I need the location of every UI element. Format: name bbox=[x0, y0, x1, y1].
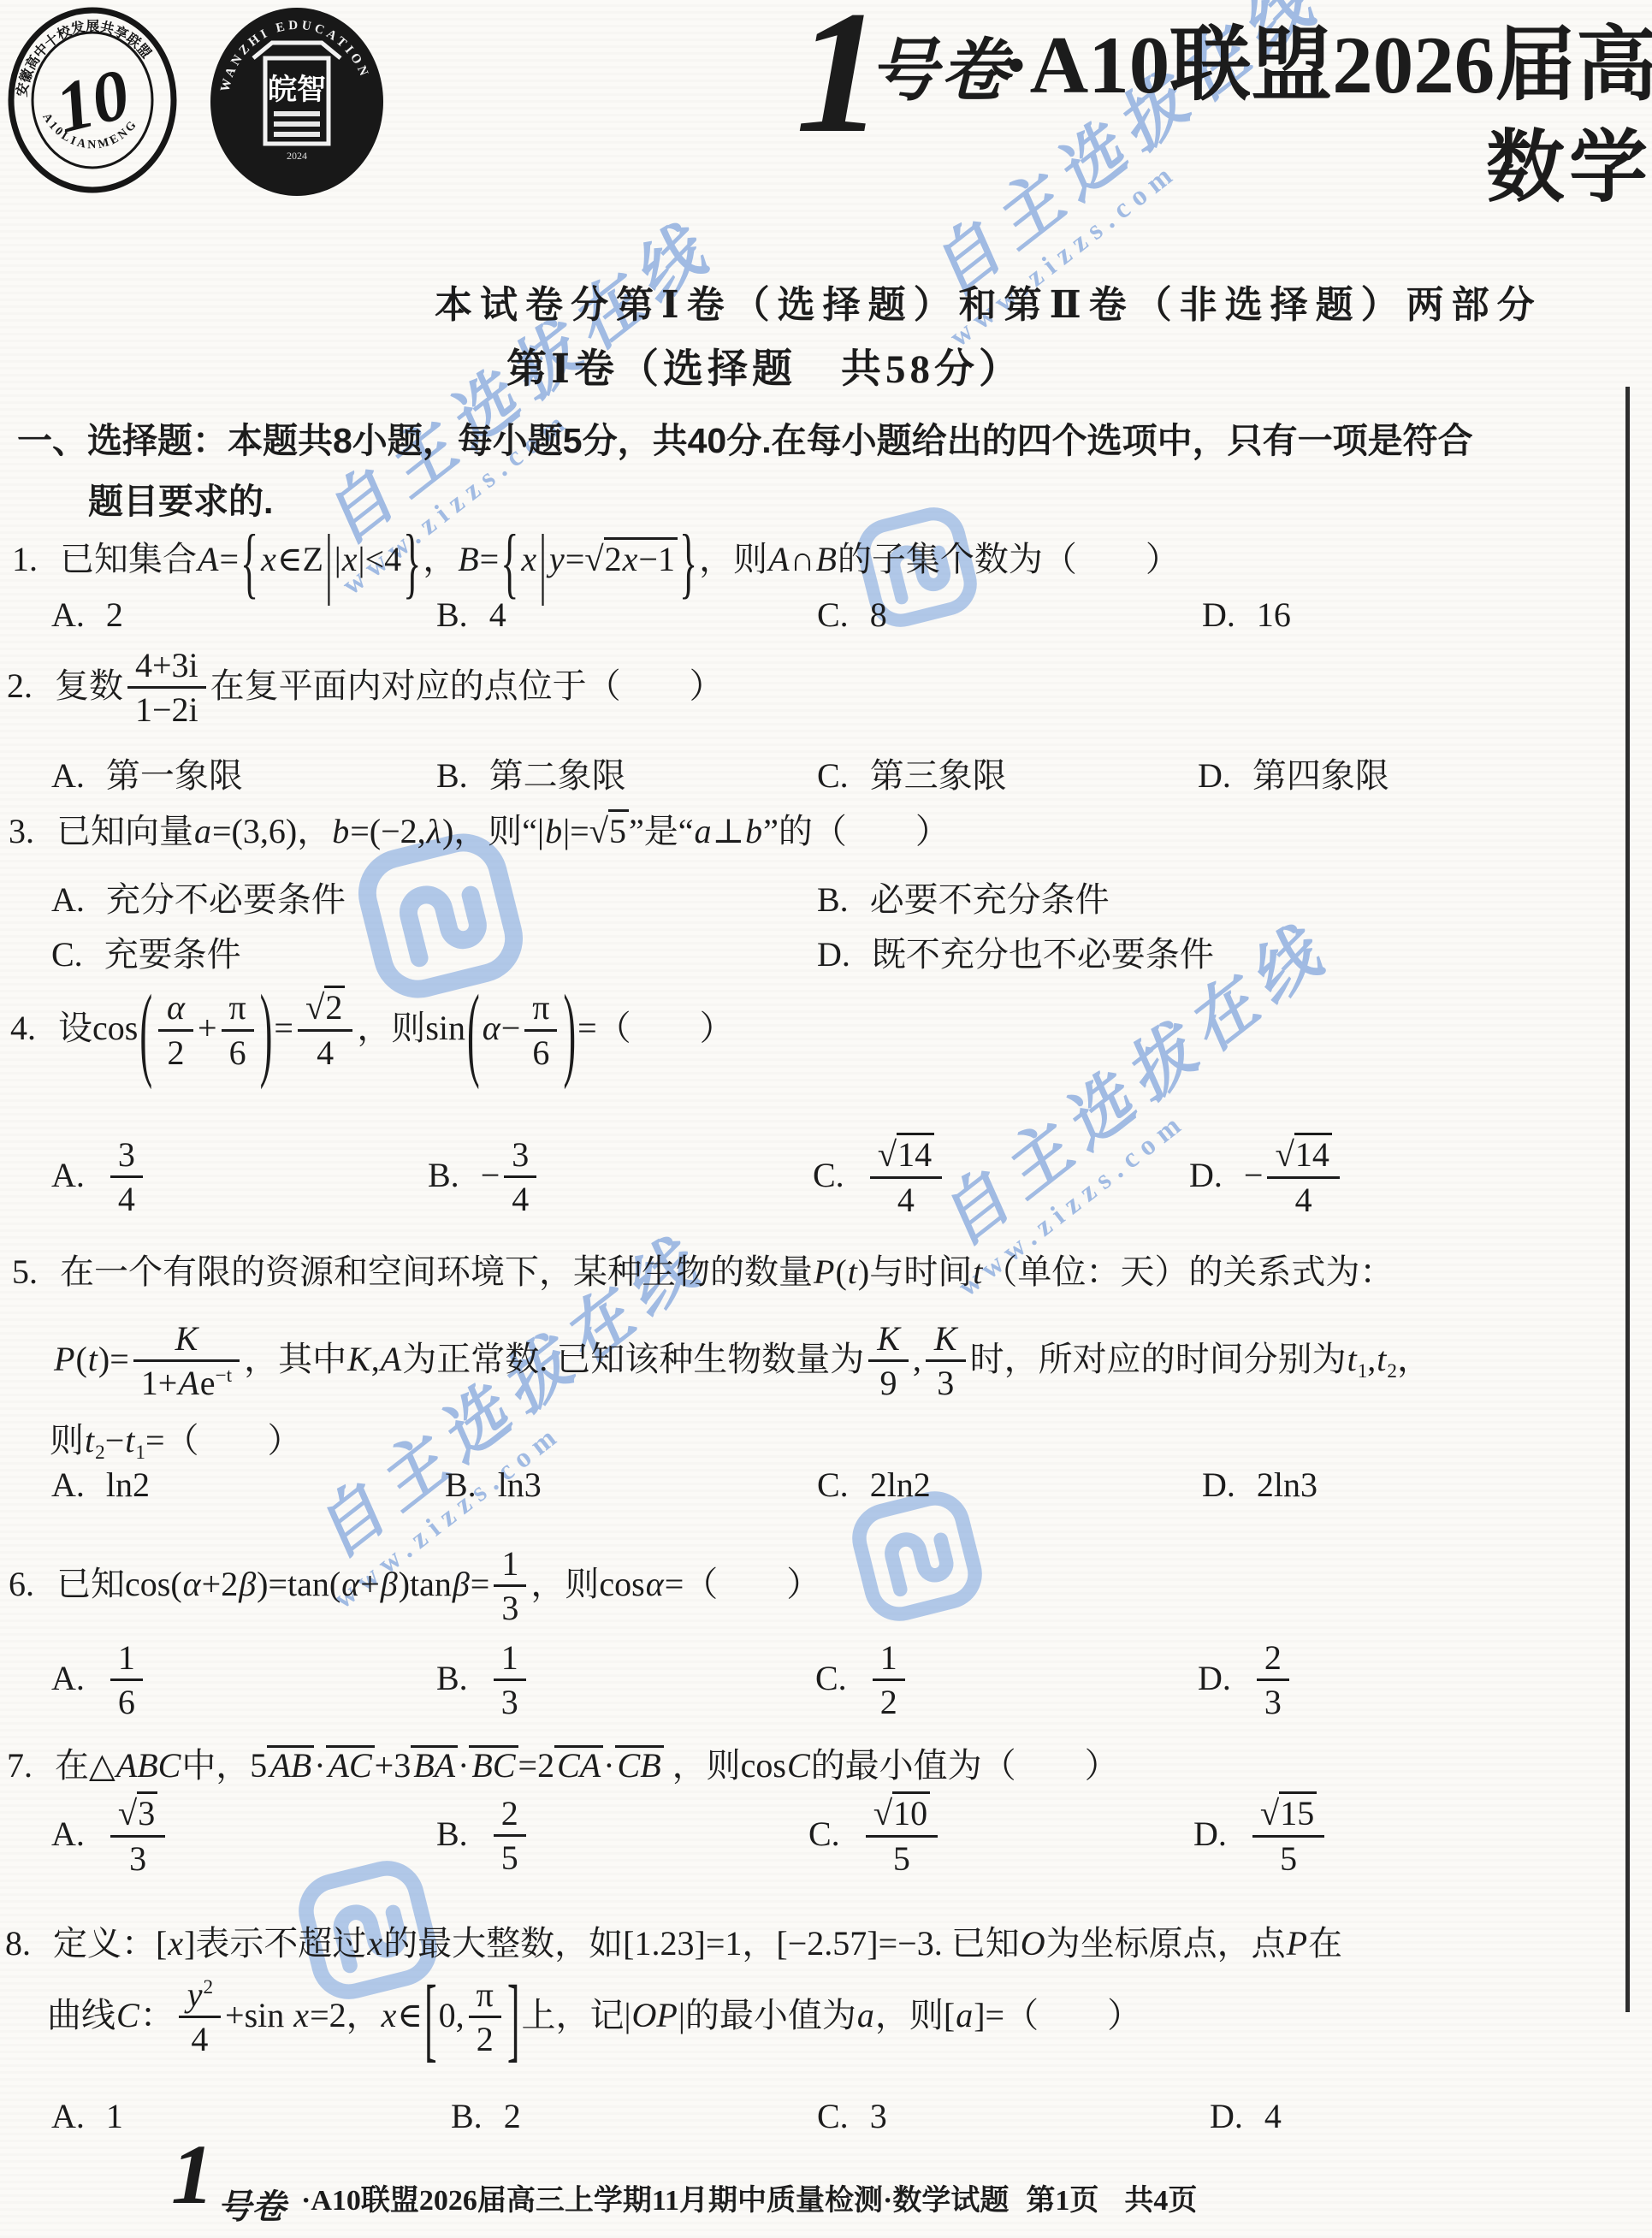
option-value: −34 bbox=[481, 1156, 542, 1194]
question-number: 3. bbox=[9, 811, 56, 851]
option-B: B.ln3 bbox=[445, 1465, 542, 1505]
option-C: C.第三象限 bbox=[817, 749, 1007, 797]
option-value: √33 bbox=[106, 1815, 169, 1853]
subject-title: 数学试 bbox=[1486, 125, 1652, 211]
wanzhi-education-seal-logo: WANZHI EDUCATION 皖智 2024 bbox=[205, 3, 388, 204]
option-D: D.√155 bbox=[1193, 1797, 1329, 1879]
option-label: B. bbox=[451, 2097, 483, 2135]
option-A: A.充分不必要条件 bbox=[51, 873, 346, 921]
exam-structure-note: 本试卷分第Ⅰ卷（选择题）和第Ⅱ卷（非选择题）两部分 bbox=[435, 274, 1542, 329]
option-A: A.34 bbox=[51, 1138, 147, 1219]
option-C: C.充要条件 bbox=[51, 927, 241, 976]
option-value: 23 bbox=[1252, 1659, 1294, 1697]
option-value: 既不充分也不必要条件 bbox=[872, 935, 1214, 974]
option-A: A.16 bbox=[51, 1641, 147, 1722]
option-label: B. bbox=[436, 756, 468, 795]
option-B: B.−34 bbox=[428, 1138, 541, 1219]
option-label: D. bbox=[1210, 2097, 1243, 2135]
question-5-text-line3: 则t2−t1=（ ） bbox=[50, 1413, 302, 1462]
question-number: 8. bbox=[5, 1923, 53, 1963]
svg-text:2024: 2024 bbox=[287, 150, 307, 162]
option-value: −√144 bbox=[1244, 1156, 1344, 1194]
option-B: B.2 bbox=[451, 2096, 521, 2136]
option-label: D. bbox=[1189, 1156, 1223, 1194]
option-label: B. bbox=[428, 1156, 459, 1194]
option-label: A. bbox=[51, 1156, 85, 1194]
option-value: √144 bbox=[866, 1156, 946, 1194]
option-C: C.3 bbox=[817, 2096, 887, 2136]
option-value: √105 bbox=[862, 1815, 942, 1853]
page-title: ·A10联盟2026届高三 bbox=[1003, 21, 1652, 110]
option-value: 4 bbox=[1264, 2097, 1282, 2135]
option-A: A.1 bbox=[51, 2096, 123, 2136]
option-label: D. bbox=[1202, 1465, 1235, 1504]
option-label: B. bbox=[817, 880, 849, 919]
option-A: A.ln2 bbox=[51, 1465, 150, 1505]
option-value: 34 bbox=[106, 1156, 147, 1194]
option-label: A. bbox=[51, 1465, 85, 1504]
option-B: B.4 bbox=[436, 595, 506, 635]
question-4-text: 4.设cos(α2+π6)=√24，则sin(α−π6)=（ ） bbox=[10, 991, 734, 1073]
option-value: 第一象限 bbox=[106, 756, 243, 795]
option-C: C.8 bbox=[817, 595, 887, 635]
scan-page-edge-line bbox=[1625, 387, 1630, 2012]
option-label: D. bbox=[817, 935, 850, 974]
part1-heading: 第Ⅰ卷（选择题 共58分） bbox=[506, 337, 1023, 394]
option-value: 必要不充分条件 bbox=[870, 880, 1110, 919]
option-value: 1 bbox=[106, 2097, 123, 2135]
option-A: A.2 bbox=[51, 595, 123, 635]
option-D: D.4 bbox=[1210, 2096, 1282, 2136]
question-number: 4. bbox=[10, 1008, 58, 1048]
footer-exam-title: ·A10联盟2026届高三上学期11月期中质量检测·数学试题 bbox=[301, 2185, 1009, 2217]
option-value: 充分不必要条件 bbox=[106, 880, 346, 919]
option-value: 第三象限 bbox=[870, 756, 1007, 795]
option-value: √155 bbox=[1248, 1815, 1329, 1853]
option-B: B.25 bbox=[436, 1797, 530, 1878]
option-B: B.第二象限 bbox=[436, 749, 626, 797]
question-2-text: 2.复数4+3i1−2i在复平面内对应的点位于（ ） bbox=[7, 648, 724, 730]
option-value: 25 bbox=[489, 1815, 530, 1853]
option-C: C.12 bbox=[815, 1641, 909, 1722]
question-number: 5. bbox=[12, 1252, 60, 1292]
option-label: C. bbox=[817, 595, 849, 634]
option-label: A. bbox=[51, 2097, 85, 2135]
question-number: 7. bbox=[7, 1745, 55, 1785]
option-B: B.13 bbox=[436, 1641, 530, 1722]
section-instructions-line1: 一、选择题：本题共8小题，每小题5分，共40分.在每小题给出的四个选项中，只有一… bbox=[17, 412, 1473, 463]
option-label: D. bbox=[1198, 1659, 1231, 1697]
option-value: 2ln2 bbox=[870, 1465, 931, 1504]
option-C: C.2ln2 bbox=[817, 1465, 931, 1505]
option-label: C. bbox=[817, 756, 849, 795]
option-D: D.第四象限 bbox=[1198, 749, 1389, 797]
option-value: 2ln3 bbox=[1257, 1465, 1317, 1504]
option-D: D.16 bbox=[1202, 595, 1291, 635]
option-value: 12 bbox=[868, 1659, 909, 1697]
question-number: 1. bbox=[12, 539, 60, 579]
footer-brand-suffix: 号卷 bbox=[217, 2180, 286, 2229]
option-B: B.必要不充分条件 bbox=[817, 873, 1110, 921]
option-A: A.√33 bbox=[51, 1797, 169, 1879]
option-value: 充要条件 bbox=[104, 935, 241, 974]
option-value: 13 bbox=[489, 1659, 530, 1697]
option-value: 8 bbox=[870, 595, 887, 634]
option-value: 16 bbox=[106, 1659, 147, 1697]
option-label: D. bbox=[1198, 756, 1231, 795]
option-value: 2 bbox=[106, 595, 123, 634]
option-label: B. bbox=[436, 595, 468, 634]
footer-brand-numeral: 1 bbox=[171, 2132, 214, 2217]
option-value: 4 bbox=[489, 595, 506, 634]
option-D: D.23 bbox=[1198, 1641, 1294, 1722]
option-label: A. bbox=[51, 1659, 85, 1697]
option-A: A.第一象限 bbox=[51, 749, 243, 797]
option-D: D.−√144 bbox=[1189, 1138, 1344, 1220]
option-label: A. bbox=[51, 1815, 85, 1853]
option-value: 3 bbox=[870, 2097, 887, 2135]
footer-caption: ·A10联盟2026届高三上学期11月期中质量检测·数学试题第1页共4页 bbox=[301, 2176, 1197, 2218]
question-5-text-line1: 5.在一个有限的资源和空间环境下，某种生物的数量P(t)与时间t（单位：天）的关… bbox=[12, 1245, 1394, 1294]
question-5-text-line2: P(t)=K1+Ae−t，其中K,A为正常数. 已知该种生物数量为K9,K3时，… bbox=[53, 1322, 1431, 1403]
option-value: 第四象限 bbox=[1252, 756, 1389, 795]
option-label: B. bbox=[436, 1659, 468, 1697]
option-value: ln2 bbox=[106, 1465, 150, 1504]
footer-page-number: 第1页 bbox=[1026, 2185, 1098, 2217]
option-D: D.既不充分也不必要条件 bbox=[817, 927, 1214, 976]
option-label: B. bbox=[445, 1465, 477, 1504]
question-1-text: 1.已知集合A={x∈Z||x|<4}，B={x|y=√2x−1}，则A∩B的子… bbox=[12, 532, 1180, 584]
option-value: 16 bbox=[1257, 595, 1291, 634]
option-value: 2 bbox=[504, 2097, 521, 2135]
option-label: C. bbox=[815, 1659, 847, 1697]
question-number: 6. bbox=[9, 1564, 56, 1604]
option-label: C. bbox=[817, 2097, 849, 2135]
option-label: C. bbox=[808, 1815, 840, 1853]
option-label: D. bbox=[1202, 595, 1235, 634]
question-3-text: 3.已知向量a=(3,6)，b=(−2,λ)，则“|b|=√5”是“a⊥b”的（… bbox=[9, 804, 950, 853]
option-label: B. bbox=[436, 1815, 468, 1853]
option-value: ln3 bbox=[498, 1465, 542, 1504]
option-label: A. bbox=[51, 756, 85, 795]
option-value: 第二象限 bbox=[489, 756, 626, 795]
question-8-text-line1: 8.定义：[x]表示不超过x的最大整数，如[1.23]=1，[−2.57]=−3… bbox=[5, 1916, 1342, 1965]
svg-text:皖智: 皖智 bbox=[268, 74, 326, 106]
question-6-text: 6.已知cos(α+2β)=tan(α+β)tanβ=13，则cosα=（ ） bbox=[9, 1547, 820, 1628]
title-brand-suffix: 号卷 bbox=[869, 38, 1011, 106]
question-8-text-line2: 曲线C：y24+sin x=2，x∈[0,π2]上，记|OP|的最小值为a，则[… bbox=[47, 1978, 1141, 2059]
footer-page-total: 共4页 bbox=[1124, 2185, 1197, 2217]
option-label: C. bbox=[813, 1156, 844, 1194]
option-C: C.√144 bbox=[813, 1138, 946, 1220]
option-C: C.√105 bbox=[808, 1797, 942, 1879]
option-label: A. bbox=[51, 880, 85, 919]
question-number: 2. bbox=[7, 666, 55, 706]
exam-page-scan: { "page": {"ink": "#1c1c1c", "watermark_… bbox=[0, 0, 1652, 2238]
option-label: C. bbox=[51, 935, 83, 974]
option-D: D.2ln3 bbox=[1202, 1465, 1317, 1505]
question-7-text: 7.在△ABC中，5AB·AC+3BA·BC=2CA·CB ，则cosC的最小值… bbox=[7, 1738, 1119, 1787]
option-label: D. bbox=[1193, 1815, 1227, 1853]
option-label: A. bbox=[51, 595, 85, 634]
a10-league-seal-logo: 安徽高中十校发展共享联盟 A10LIANMENG 10 bbox=[7, 5, 178, 199]
option-label: C. bbox=[817, 1465, 849, 1504]
